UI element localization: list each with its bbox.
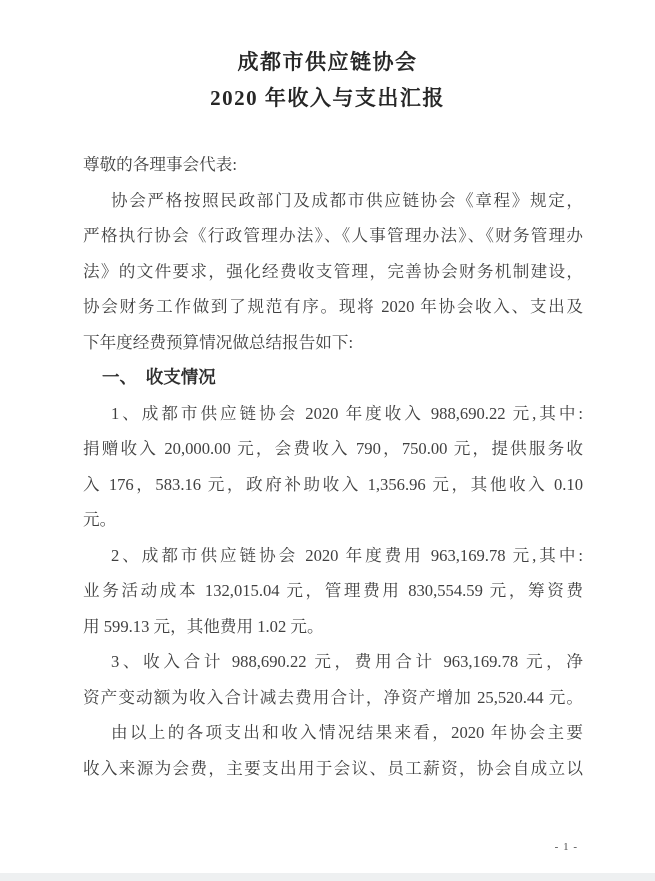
- text-line: 业务活动成本 132,015.04 元，管理费用 830,554.59 元，筹资…: [83, 573, 583, 609]
- document-body: 尊敬的各理事会代表:协会严格按照民政部门及成都市供应链协会《章程》规定，严格执行…: [83, 147, 583, 786]
- text-line: 用 599.13 元，其他费用 1.02 元。: [83, 609, 583, 645]
- text-line: 协会严格按照民政部门及成都市供应链协会《章程》规定，: [83, 183, 583, 219]
- text-line: 3、收入合计 988,690.22 元，费用合计 963,169.78 元，净: [83, 644, 583, 680]
- text-line: 下年度经费预算情况做总结报告如下:: [83, 325, 583, 361]
- viewer-bottom-strip: [0, 873, 655, 881]
- document-page: 成都市供应链协会 2020 年收入与支出汇报 尊敬的各理事会代表:协会严格按照民…: [0, 0, 655, 881]
- text-line: 2、成都市供应链协会 2020 年度费用 963,169.78 元,其中:: [83, 538, 583, 574]
- document-title-line-1: 成都市供应链协会: [0, 44, 655, 80]
- text-line: 入 176，583.16 元，政府补助收入 1,356.96 元，其他收入 0.…: [83, 467, 583, 503]
- text-line: 捐赠收入 20,000.00 元，会费收入 790，750.00 元，提供服务收: [83, 431, 583, 467]
- section-heading: 一、 收支情况: [83, 360, 583, 396]
- text-line: 尊敬的各理事会代表:: [83, 147, 583, 183]
- document-title: 成都市供应链协会 2020 年收入与支出汇报: [0, 44, 655, 116]
- text-line: 1、成都市供应链协会 2020 年度收入 988,690.22 元,其中:: [83, 396, 583, 432]
- page-number: - 1 -: [555, 841, 578, 853]
- document-page-screenshot: 成都市供应链协会 2020 年收入与支出汇报 尊敬的各理事会代表:协会严格按照民…: [0, 0, 655, 881]
- text-line: 元。: [83, 502, 583, 538]
- document-title-line-2: 2020 年收入与支出汇报: [0, 80, 655, 116]
- text-line: 协会财务工作做到了规范有序。现将 2020 年协会收入、支出及: [83, 289, 583, 325]
- text-line: 严格执行协会《行政管理办法》、《人事管理办法》、《财务管理办: [83, 218, 583, 254]
- text-line: 由以上的各项支出和收入情况结果来看，2020 年协会主要: [83, 715, 583, 751]
- text-line: 资产变动额为收入合计减去费用合计，净资产增加 25,520.44 元。: [83, 680, 583, 716]
- text-line: 收入来源为会费，主要支出用于会议、员工薪资，协会自成立以: [83, 751, 583, 787]
- text-line: 法》的文件要求，强化经费收支管理，完善协会财务机制建设，: [83, 254, 583, 290]
